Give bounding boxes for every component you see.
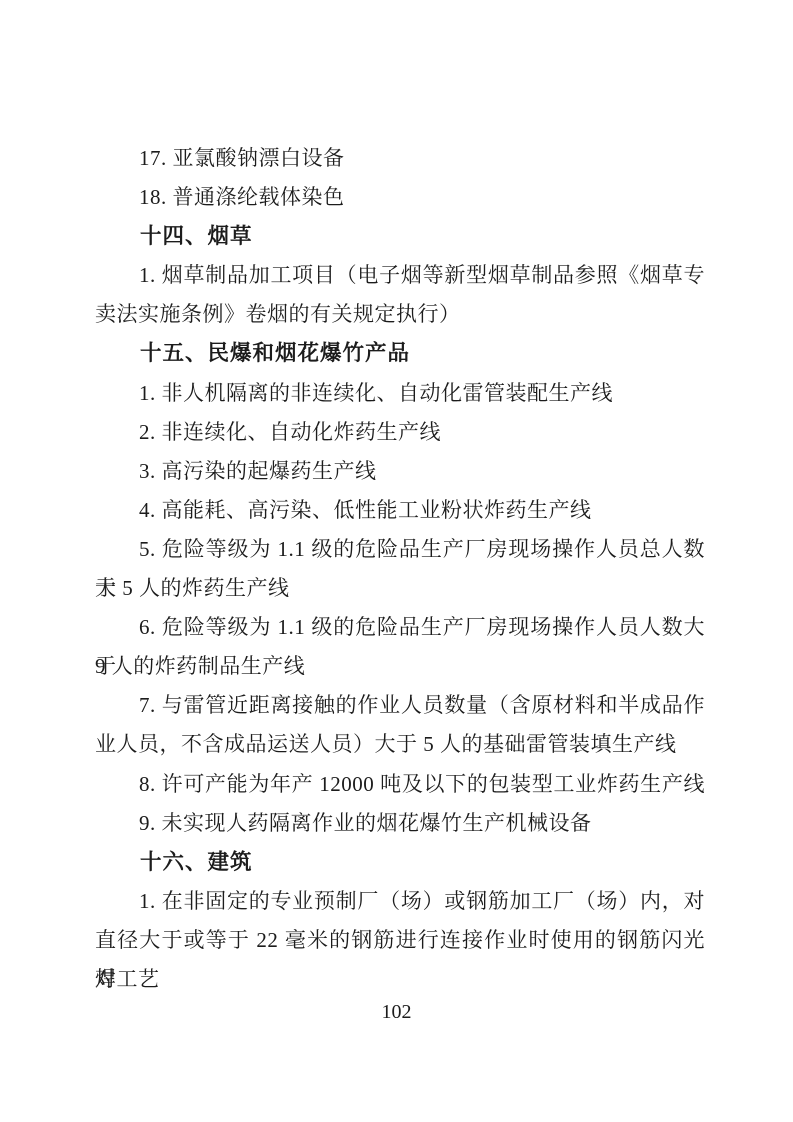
page-number: 102 [0, 997, 793, 1027]
doc-line: 18. 普通涤纶载体染色 [95, 178, 705, 217]
doc-line: 于 5 人的炸药生产线 [95, 569, 705, 608]
doc-line: 1. 在非固定的专业预制厂（场）或钢筋加工厂（场）内，对 [95, 882, 705, 921]
doc-line: 卖法实施条例》卷烟的有关规定执行） [95, 295, 705, 334]
section-heading-explosives: 十五、民爆和烟花爆竹产品 [95, 334, 705, 373]
document-page: 17. 亚氯酸钠漂白设备 18. 普通涤纶载体染色 十四、烟草 1. 烟草制品加… [0, 0, 793, 1122]
doc-line: 17. 亚氯酸钠漂白设备 [95, 139, 705, 178]
doc-line: 9 人的炸药制品生产线 [95, 647, 705, 686]
doc-line: 4. 高能耗、高污染、低性能工业粉状炸药生产线 [95, 491, 705, 530]
doc-line: 2. 非连续化、自动化炸药生产线 [95, 413, 705, 452]
doc-line: 6. 危险等级为 1.1 级的危险品生产厂房现场操作人员人数大于 [95, 608, 705, 647]
doc-line: 直径大于或等于 22 毫米的钢筋进行连接作业时使用的钢筋闪光对 [95, 921, 705, 960]
doc-line: 7. 与雷管近距离接触的作业人员数量（含原材料和半成品作 [95, 686, 705, 725]
doc-line: 9. 未实现人药隔离作业的烟花爆竹生产机械设备 [95, 804, 705, 843]
doc-line: 业人员，不含成品运送人员）大于 5 人的基础雷管装填生产线 [95, 725, 705, 764]
doc-line: 3. 高污染的起爆药生产线 [95, 452, 705, 491]
doc-line: 1. 非人机隔离的非连续化、自动化雷管装配生产线 [95, 374, 705, 413]
document-body: 17. 亚氯酸钠漂白设备 18. 普通涤纶载体染色 十四、烟草 1. 烟草制品加… [95, 139, 705, 999]
doc-line: 8. 许可产能为年产 12000 吨及以下的包装型工业炸药生产线 [95, 765, 705, 804]
doc-line: 焊工艺 [95, 960, 705, 999]
section-heading-tobacco: 十四、烟草 [95, 217, 705, 256]
doc-line: 5. 危险等级为 1.1 级的危险品生产厂房现场操作人员总人数大 [95, 530, 705, 569]
section-heading-construction: 十六、建筑 [95, 843, 705, 882]
doc-line: 1. 烟草制品加工项目（电子烟等新型烟草制品参照《烟草专 [95, 256, 705, 295]
